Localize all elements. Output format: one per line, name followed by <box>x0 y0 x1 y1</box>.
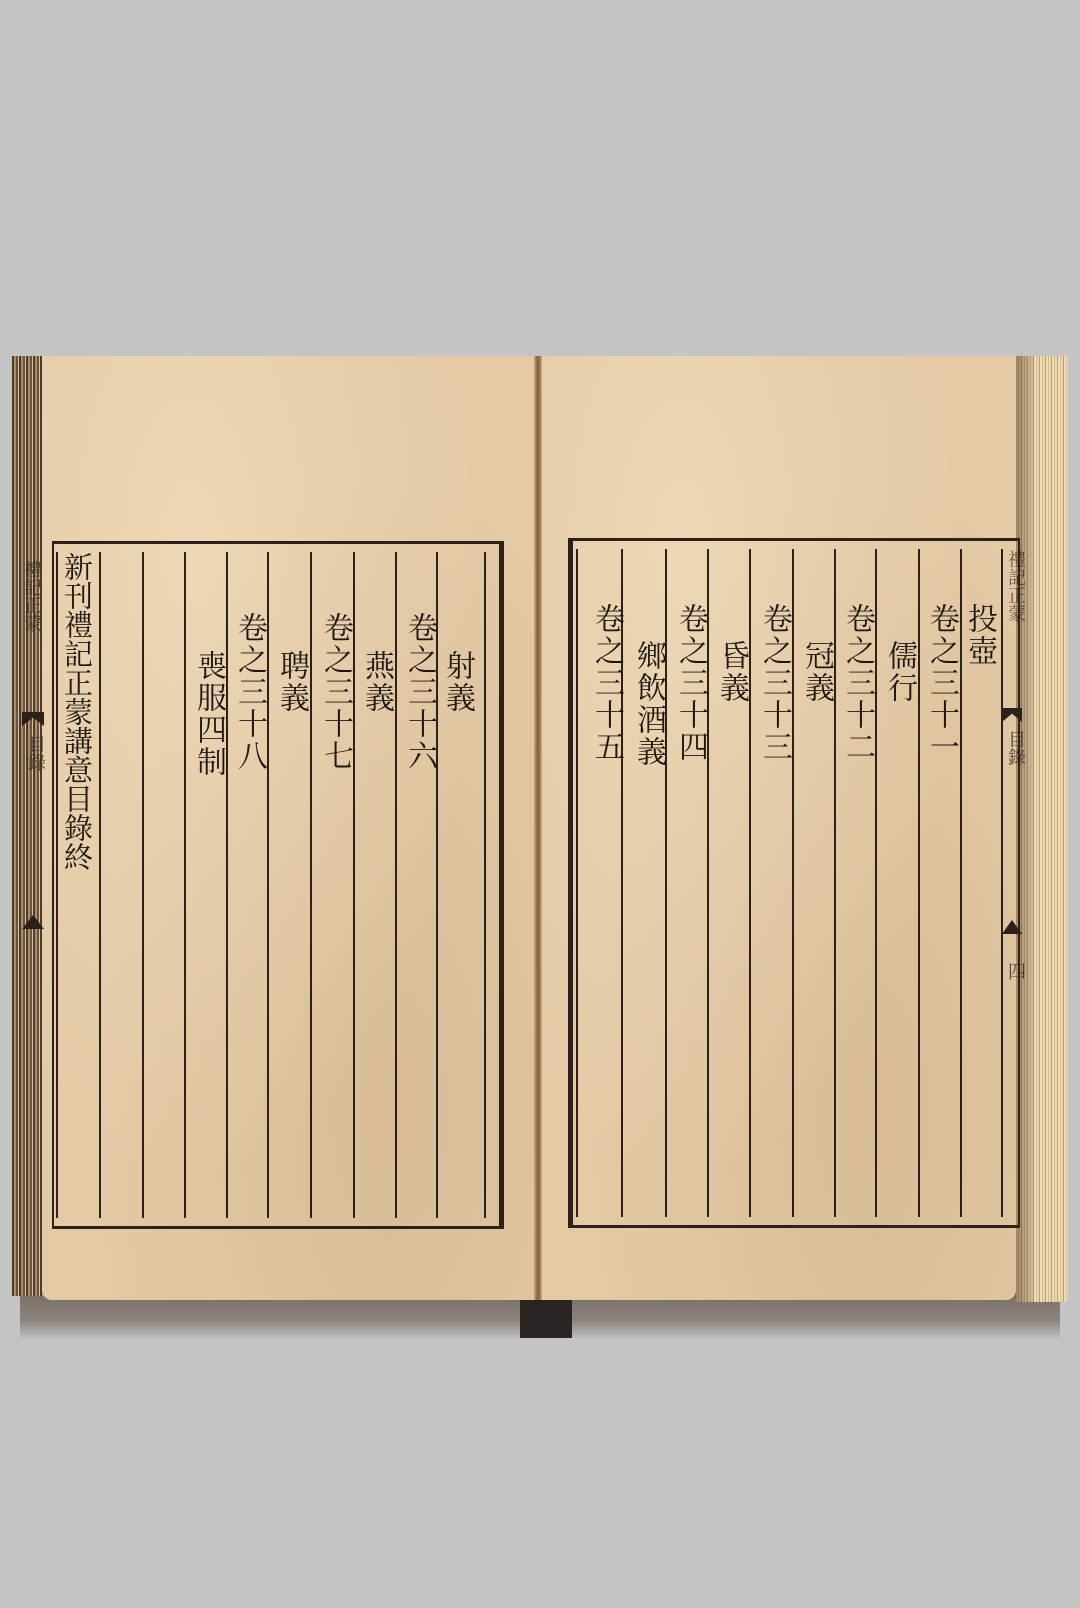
spine-section: 目錄 <box>22 735 48 771</box>
book-gutter <box>534 356 542 1300</box>
volume-label: 卷之三十三 <box>755 603 793 763</box>
entry-text: 冠義 <box>797 640 835 704</box>
column-rule <box>484 552 486 1218</box>
column-rule <box>1001 549 1003 1217</box>
entry-text: 射義 <box>438 650 476 714</box>
left-page-edges <box>12 356 44 1296</box>
column-rule <box>310 552 312 1218</box>
column-rule <box>142 552 144 1218</box>
column-rule <box>395 552 397 1218</box>
entry-text: 鄉飲酒義 <box>629 640 667 768</box>
volume-label: 卷之三十五 <box>587 603 625 763</box>
volume-label: 卷之三十八 <box>230 612 268 772</box>
volume-label: 卷之三十四 <box>671 603 709 763</box>
left-spine-margin: 禮記正蒙 <box>18 560 44 632</box>
column-rule <box>184 552 186 1218</box>
volume-label: 卷之三十一 <box>922 603 960 763</box>
entry-text: 投壺 <box>960 603 998 667</box>
entry-text: 燕義 <box>357 650 395 714</box>
spine-section: 目錄 <box>1002 730 1028 766</box>
entry-text: 喪服四制 <box>189 650 227 778</box>
column-rule <box>918 549 920 1217</box>
column-rule <box>576 549 578 1217</box>
volume-label: 卷之三十六 <box>400 612 438 772</box>
column-rule <box>56 552 58 1218</box>
spine-title: 禮記正蒙 <box>1002 550 1028 622</box>
page-number: 四 <box>1002 962 1028 980</box>
column-rule <box>99 552 101 1218</box>
spine-title: 禮記正蒙 <box>18 560 44 632</box>
volume-label: 卷之三十七 <box>316 612 354 772</box>
volume-label: 卷之三十二 <box>838 603 876 763</box>
entry-text: 昏義 <box>712 640 750 704</box>
closing-title: 新刊禮記正蒙講意目錄終 <box>61 552 92 871</box>
entry-text: 儒行 <box>880 640 918 704</box>
entry-text: 聘義 <box>272 650 310 714</box>
